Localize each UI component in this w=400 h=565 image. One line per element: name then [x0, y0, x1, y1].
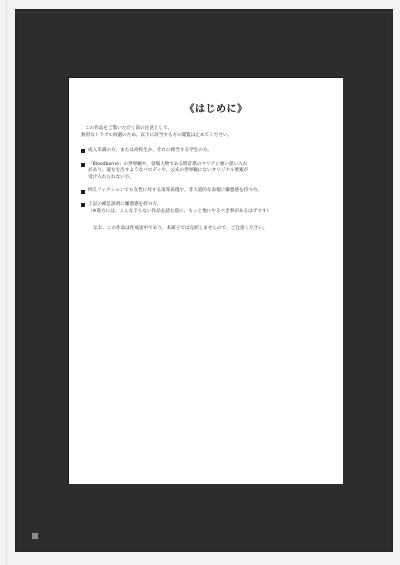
intro-line-2: 無用なトラブル回避のため、以下に該当する方の閲覧は止めてください。	[81, 132, 337, 139]
notice-1-line-1: 成人未満の方、または高校生か、それに相当する学生の方。	[88, 148, 212, 155]
notice-4-line-1: 上記の補足説明に嫌悪感を持つ方。	[88, 202, 271, 209]
square-bullet-icon	[81, 163, 85, 167]
intro-paragraph: この作品をご覧いただく前の注意として、 無用なトラブル回避のため、以下に該当する…	[81, 125, 337, 139]
notice-2-line-2: があり、彼女を汚すようなパロディや、公式の世界観にないオリジナル要素が	[88, 168, 248, 175]
scanned-page: 《はじめに》 この作品をご覧いただく前の注意として、 無用なトラブル回避のため、…	[0, 0, 400, 565]
square-bullet-icon	[81, 190, 85, 194]
notice-item-1: 成人未満の方、または高校生か、それに相当する学生の方。	[81, 148, 337, 155]
notice-item-4: 上記の補足説明に嫌悪感を持つ方。 （※貴方には、こんな下らない作品を読む前に、も…	[81, 202, 337, 215]
notice-4-line-2: （※貴方には、こんな下らない作品を読む前に、もっと他にやるべき事があるはずです）	[88, 209, 271, 216]
page-title: 《はじめに》	[81, 100, 337, 115]
notice-content: 《はじめに》 この作品をご覧いただく前の注意として、 無用なトラブル回避のため、…	[81, 100, 337, 232]
notice-3-line-1: 例えフィクションでも女性に対する凌辱表現や、非人道的な表現に嫌悪感を持つ方。	[88, 188, 262, 195]
scan-edge-line	[6, 0, 7, 565]
frame-top-line	[15, 12, 393, 13]
notice-item-3: 例えフィクションでも女性に対する凌辱表現や、非人道的な表現に嫌悪感を持つ方。	[81, 188, 337, 195]
square-bullet-icon	[81, 149, 85, 153]
page-number-marker	[32, 533, 38, 539]
inner-page: 《はじめに》 この作品をご覧いただく前の注意として、 無用なトラブル回避のため、…	[68, 77, 343, 484]
notice-item-2: 「Bloodborne」の世界観や、登場人物である時計塔のマリアに強い思い入れ …	[81, 162, 337, 182]
closing-note: なお、この作品は作成途中であり、本冊子では完結しませんので、ご注意ください。	[81, 225, 337, 232]
notice-2-line-3: 受け入れられない方。	[88, 175, 248, 182]
intro-line-1: この作品をご覧いただく前の注意として、	[81, 125, 337, 132]
square-bullet-icon	[81, 203, 85, 207]
